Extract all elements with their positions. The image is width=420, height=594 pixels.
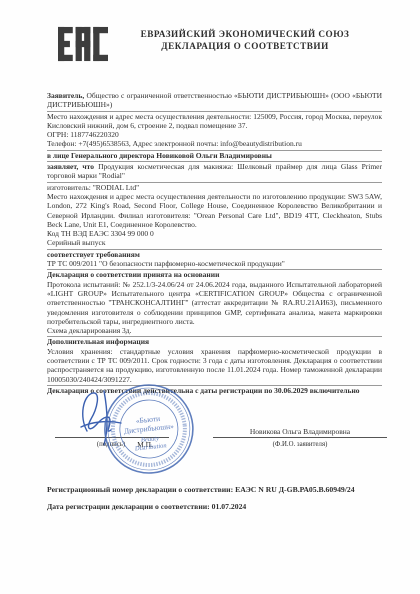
registration-block: Регистрационный номер декларации о соотв…	[0, 475, 420, 511]
manufacturer-line: изготовитель: "RODIAL Ltd"	[47, 183, 382, 192]
applicant-fio: Новикова Ольга Владимировна	[215, 427, 385, 436]
document-header: ЕВРАЗИЙСКИЙ ЭКОНОМИЧЕСКИЙ СОЮЗ ДЕКЛАРАЦИ…	[0, 0, 420, 67]
applicant-address: Место нахождения и адрес места осуществл…	[47, 112, 382, 131]
fio-caption: (Ф.И.О. заявителя)	[215, 440, 385, 449]
document-body: Заявитель, Общество с ограниченной ответ…	[0, 67, 420, 475]
product-paragraph: заявляет, что Продукция косметическая дл…	[47, 162, 382, 183]
stamp-icon: «Бьюти Дистрибьюшн» Beauty Distribution	[98, 379, 199, 480]
basis-heading: Декларация о соответствии принята на осн…	[47, 270, 382, 279]
applicant-representative: в лице Генерального директора Новиковой …	[47, 151, 382, 162]
additional-text: Условия хранения: стандартные условия хр…	[47, 347, 382, 386]
eac-logo	[58, 26, 108, 67]
applicant-paragraph: Заявитель, Общество с ограниченной ответ…	[47, 91, 382, 112]
applicant-ogrn: ОГРН: 1187746220320	[47, 130, 382, 139]
product-description: Продукция косметическая для макияжа: Шел…	[47, 162, 382, 180]
compliance-regulation: ТР ТС 009/2011 "О безопасности парфюмерн…	[47, 259, 382, 270]
applicant-name: Общество с ограниченной ответственностью…	[47, 91, 382, 109]
tnved-code: Код ТН ВЭД ЕАЭС 3304 99 000 0	[47, 229, 382, 238]
additional-heading: Дополнительная информация	[47, 337, 382, 346]
fio-line	[213, 437, 387, 438]
registration-number: Регистрационный номер декларации о соотв…	[47, 485, 390, 495]
company-stamp: «Бьюти Дистрибьюшн» Beauty Distribution	[98, 379, 199, 482]
title-line1: ЕВРАЗИЙСКИЙ ЭКОНОМИЧЕСКИЙ СОЮЗ	[108, 29, 382, 41]
applicant-contacts: Телефон: +7(495)6538563, Адрес электронн…	[47, 139, 382, 150]
stamp-text-line4: Distribution	[134, 442, 167, 452]
registration-date: Дата регистрации декларации о соответств…	[47, 502, 390, 512]
serial-release: Серийный выпуск	[47, 238, 382, 249]
basis-text: Протокола испытаний: № 252.1/3-24.06/24 …	[47, 280, 382, 326]
declares-label: заявляет, что	[47, 162, 94, 171]
document-title: ЕВРАЗИЙСКИЙ ЭКОНОМИЧЕСКИЙ СОЮЗ ДЕКЛАРАЦИ…	[108, 26, 382, 52]
stamp-text-line2: Дистрибьюшн»	[124, 422, 175, 436]
title-line2: ДЕКЛАРАЦИЯ О СООТВЕТСТВИИ	[108, 41, 382, 53]
signature-area: (подпись) М.П. «Бьюти Дистрибьюшн» Beaut…	[47, 399, 382, 475]
declaration-scheme: Схема декларирования 3д.	[47, 326, 382, 337]
manufacturer-address: Место нахождения и адрес места осуществл…	[47, 192, 382, 229]
eac-logo-icon	[58, 26, 108, 62]
compliance-heading: соответствует требованиям	[47, 250, 382, 259]
applicant-label: Заявитель,	[47, 91, 84, 100]
declaration-document: ЕВРАЗИЙСКИЙ ЭКОНОМИЧЕСКИЙ СОЮЗ ДЕКЛАРАЦИ…	[0, 0, 420, 594]
